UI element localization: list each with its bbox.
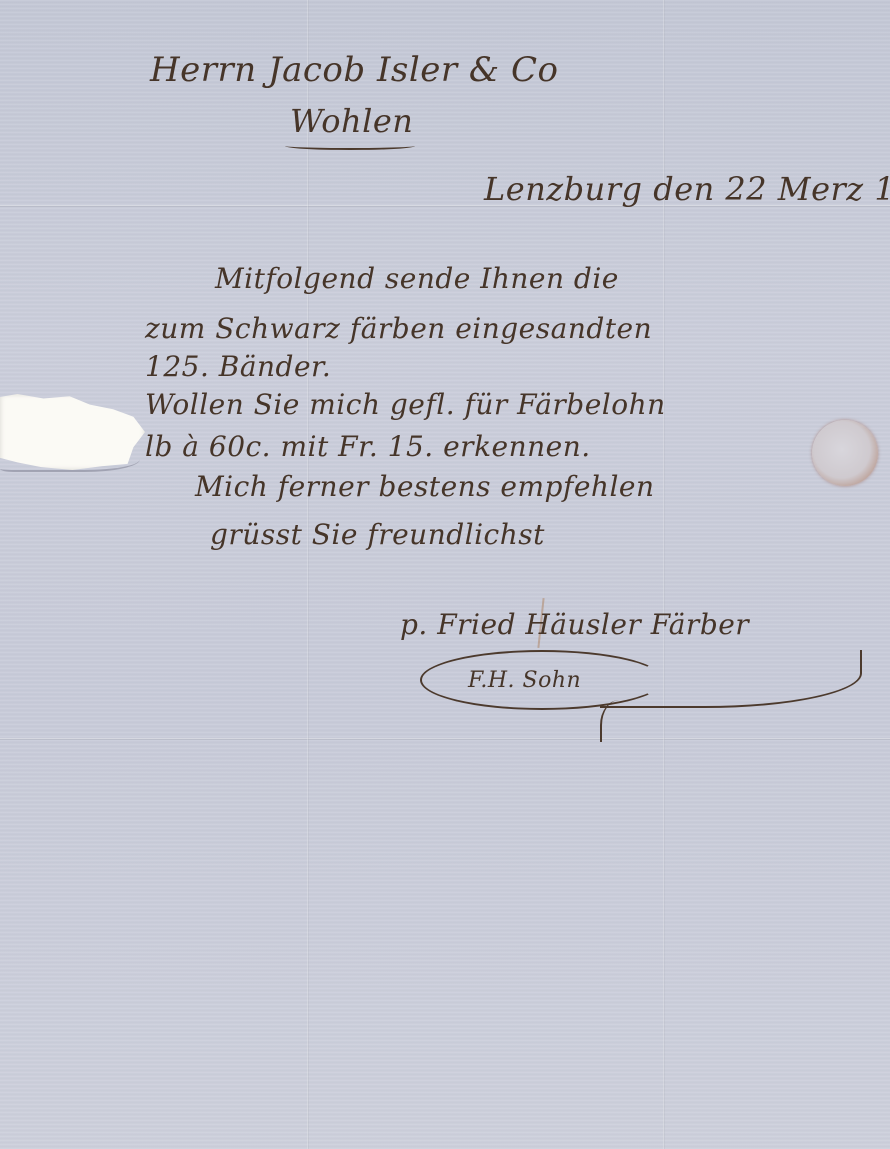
body-line-5: lb à 60c. mit Fr. 15. erkennen. (145, 430, 591, 463)
letter-page: Herrn Jacob Isler & Co Wohlen Lenzburg d… (0, 0, 890, 1149)
body-line-3: 125. Bänder. (145, 350, 331, 383)
fold-line-horizontal-lower (0, 738, 890, 740)
address-town: Wohlen (290, 102, 413, 140)
dateline: Lenzburg den 22 Merz 1862 (484, 170, 890, 208)
address-underline (285, 142, 415, 150)
body-line-4: Wollen Sie mich gefl. für Färbelohn (145, 388, 666, 421)
body-line-7: grüsst Sie freundlichst (210, 518, 545, 551)
signature-flourish-tail (600, 650, 862, 708)
body-line-2: zum Schwarz färben eingesandten (145, 312, 652, 345)
signature: p. Fried Häusler Färber (400, 608, 749, 641)
body-line-6: Mich ferner bestens empfehlen (195, 470, 655, 503)
fold-line-vertical-left (307, 0, 309, 1149)
body-line-1: Mitfolgend sende Ihnen die (215, 262, 619, 295)
wax-seal-icon (812, 420, 878, 486)
signature-flourish-drop (600, 700, 632, 742)
torn-paper-edge (0, 440, 140, 472)
address-recipient: Herrn Jacob Isler & Co (150, 50, 558, 90)
signature-initials: F.H. Sohn (468, 668, 581, 693)
